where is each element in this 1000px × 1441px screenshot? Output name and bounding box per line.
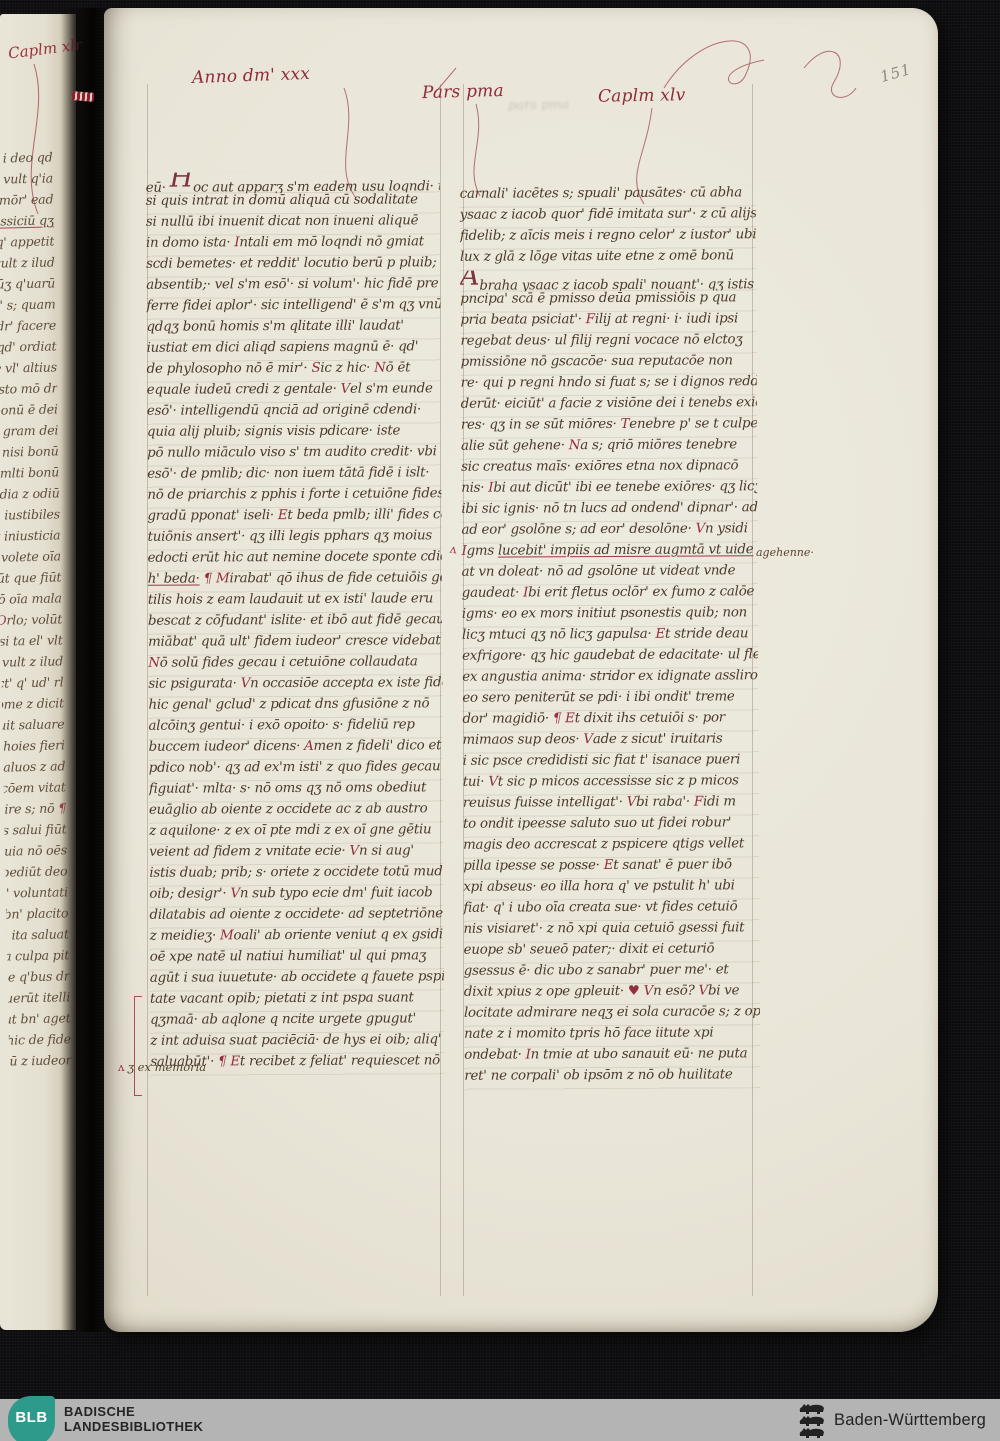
- facing-text-line: ad ossiciū qʒ: [0, 212, 54, 234]
- manuscript-line: qʒmaā· ab aqlone q ncite urgete gpugut': [150, 1011, 444, 1034]
- ink-offset-ghost-text: pars pma: [508, 97, 570, 113]
- rubric-mark: ♥: [628, 984, 640, 999]
- manuscript-line: h' beda· ¶ Mirabat' qō ihus de fide cetu…: [148, 570, 442, 593]
- facing-text-line: noluerūt itelli: [8, 989, 70, 1011]
- manuscript-line: eū· Hoc aut apparʒ s'm eadem usu loqndi·…: [146, 171, 440, 194]
- manuscript-line: re· qui p regni hndo si fuat s; se i dig…: [461, 374, 757, 397]
- manuscript-line: esō'· intelligendū qnciā ad originē cden…: [147, 402, 441, 425]
- facing-text-line: qd' bonū ē dei: [0, 401, 58, 423]
- rubric-mark: V: [627, 795, 637, 810]
- marginal-tick: ʌ: [118, 1060, 125, 1074]
- rubric-mark: V: [644, 984, 654, 999]
- manuscript-line: nate z i momito tpris hō face iitute xpi: [464, 1025, 760, 1048]
- rubric-mark: T: [621, 417, 630, 432]
- manuscript-line: nis visiaret'· z nō xpi quia cetuiō gses…: [463, 920, 759, 943]
- facing-text-line: quia nō oēs: [5, 842, 67, 864]
- manuscript-line: ad eor' gsolōne s; ad eor' desolōne· Vn …: [461, 521, 757, 544]
- marginal-red-bracket: [134, 996, 142, 1096]
- manuscript-line: de phylosopho nō ē mir'· Sic z hic· Nō ē…: [147, 360, 441, 383]
- blb-logo-text: BLB: [15, 1409, 47, 1426]
- rubric-mark: V: [349, 844, 359, 859]
- rubric-mark: I: [234, 235, 239, 250]
- manuscript-line: oē xpe natē ul natiui humiliat' ul qui p…: [150, 948, 444, 971]
- facing-text-line: ividia z odiū: [0, 485, 60, 507]
- decorated-initial: H: [170, 171, 193, 188]
- facing-text-line: qd' ita saluat': [7, 926, 69, 948]
- manuscript-line: licʒ mtuci qʒ nō licʒ gapulsa· Et stride…: [462, 626, 758, 649]
- facing-text-line: ¶ venire s; nō: [4, 800, 66, 822]
- rubric-mark: V: [696, 522, 706, 537]
- manuscript-line: Abraha ysaac z iacob spali' nouant'· qʒ …: [460, 269, 756, 292]
- library-name-line1: BADISCHE: [64, 1404, 203, 1419]
- facing-text-line: oēs salui fiūt: [4, 821, 66, 843]
- manuscript-line: carnali' iacētes s; spuali' pausātes· cū…: [460, 185, 756, 208]
- manuscript-line: igms· eo ex mors initiut psonestis quib;…: [462, 605, 758, 628]
- rubric-mark: S: [311, 361, 320, 376]
- photograph-stage: Caplm xlr ssiai' i deo qd'rum vult q'iae…: [0, 0, 1000, 1441]
- rubric-mark: F: [694, 795, 703, 810]
- rubric-mark: I: [462, 544, 467, 559]
- manuscript-line: fiat· q' i ubo oīa creata sue· vt fides …: [463, 899, 759, 922]
- manuscript-line: mimaos sup deos· Vade z sicut' iruitaris: [462, 731, 758, 754]
- manuscript-line: gradū pponat' iseli· Et beda pmlb; illi'…: [147, 507, 441, 530]
- facing-text-line: s; mlti bonū: [0, 464, 59, 486]
- rubric-mark: E: [604, 858, 614, 873]
- manuscript-line: pria beata psiciat'· Filij at regni· i· …: [460, 311, 756, 334]
- facing-text-line: aīe vl' altius: [0, 359, 57, 381]
- manuscript-line: derūt· eiciūt' a facie z visiōne dei i t…: [461, 395, 757, 418]
- manuscript-line: eo sero peniterūt se pdi· i ibi ondit' t…: [462, 689, 758, 712]
- manuscript-line: pncipa' scā ē pmisso deūa pmissiōis p qu…: [460, 290, 756, 313]
- manuscript-line: z int aduisa suat paciēciā· de hys ei oi…: [150, 1032, 444, 1055]
- manuscript-line: tate vacant opib; pietati z int pspa sua…: [150, 990, 444, 1013]
- rubric-mark: E: [655, 627, 665, 642]
- rubric-mark: E: [230, 1054, 240, 1069]
- rubric-mark: O: [0, 613, 7, 628]
- rubric-mark: V: [241, 676, 251, 691]
- facing-text-line: ia q' appetit': [0, 233, 55, 255]
- rubric-mark: I: [488, 481, 493, 496]
- manuscript-line: agūt i sua iuuetute· ab occidete q fauet…: [150, 969, 444, 992]
- facing-text-line: rum vult q'ia: [0, 170, 53, 192]
- facing-text-line: vl' s; quam': [0, 296, 56, 318]
- manuscript-line: lux z glā z lōge vitas uite etne z omē b…: [460, 248, 756, 271]
- manuscript-line: Nō solū fides gecau i cetuiōne collaudat…: [148, 654, 442, 677]
- manuscript-line: pilla ipesse se posse· Et sanat' ē puer …: [463, 857, 759, 880]
- manuscript-line: ibi sic ignis· nō tn lucs ad ondend' dip…: [461, 500, 757, 523]
- manuscript-line: magis deo accrescat z pspicere qtigs vel…: [463, 836, 759, 859]
- manuscript-line: si nullū ibi inuenit dicat non inueni al…: [146, 213, 440, 236]
- manuscript-line: euope sb' seueō pater;· dixit ei ceturiō: [464, 941, 760, 964]
- facing-text-line: nō ē nisi bonū: [0, 443, 59, 465]
- rubric-mark: V: [488, 775, 498, 790]
- manuscript-line: ysaac z iacob quor' fidē imitata sur'· z…: [460, 206, 756, 229]
- manuscript-line: at vn doleat· nō ad gsolōne ut videat vn…: [462, 563, 758, 586]
- manuscript-line: oib; desigr'· Vn sub typo ecie dm' fuit …: [149, 885, 443, 908]
- rubric-mark: ¶: [218, 1054, 226, 1069]
- manuscript-line: pdico nob'· qʒ ad ex'm isti' z quo fides…: [149, 759, 443, 782]
- manuscript-line: ferre fidei aplor'· sic intelligend' ē s…: [146, 297, 440, 320]
- manuscript-line: Igms lucebit' impiis ad misre augmtā vt …: [462, 542, 758, 565]
- manuscript-line: alie sūt gehene· Na s; qriō miōres teneb…: [461, 437, 757, 460]
- facing-text-line: et p gram dei: [0, 422, 58, 444]
- manuscript-line: locitate admirare neqʒ ei sola curacōe s…: [464, 1004, 760, 1027]
- facing-text-line: fact' q' ud' rl': [1, 674, 63, 696]
- manuscript-line: absentib;· vel s'm esō'· si volum'· hic …: [146, 276, 440, 299]
- manuscript-line: quia alij pluib; signis visis pdicare· i…: [147, 423, 441, 446]
- blb-logo: BLB: [8, 1396, 55, 1441]
- manuscript-line: scdi bemetes· et reddit' locutio berū p …: [146, 255, 440, 278]
- manuscript-line: ret' ne corpali' ob ipsōm z nō ob huilit…: [464, 1067, 760, 1090]
- facing-text-line: z iniusticia: [0, 527, 61, 549]
- manuscript-line: z meidieʒ· Moali' ab oriente veniut q ex…: [150, 927, 444, 950]
- manuscript-line: dixit xpius z ope gpleuit· ♥ Vn esō? Vbi…: [464, 983, 760, 1006]
- manuscript-line: regebat deus· ul filij regni vocace nō e…: [460, 332, 756, 355]
- folio-number: 151: [878, 60, 913, 86]
- facing-text-line: de q'bus dr': [7, 968, 69, 990]
- manuscript-line: alcōinʒ gentui· i exō opoito· s· fideliū…: [148, 717, 442, 740]
- manuscript-line: pmissiōne nō gscacōe· sua reputacōe non: [461, 353, 757, 376]
- facing-text-line: obediūt deo: [5, 863, 67, 885]
- running-header-pars: Pars pma: [422, 81, 504, 103]
- facing-text-line: ssiai' i deo qd': [0, 149, 53, 171]
- manuscript-line: bescat z cōfudant' islite· et ibō aut fi…: [148, 612, 442, 635]
- manuscript-page: Anno dm' xxx Pars pma Caplm xlv pars pma…: [104, 8, 938, 1332]
- manuscript-line: reuisus fuisse intelligat'· Vbi raba'· F…: [463, 794, 759, 817]
- red-underlined-text: ad ossiciū qʒ: [0, 212, 54, 229]
- manuscript-line: veient ad fidem z vnitate ecie· Vn si au…: [149, 843, 443, 866]
- manuscript-line: xpi abseus· eo illa hora q' ve pstulit h…: [463, 878, 759, 901]
- facing-text-line: deo volete oīa: [0, 548, 61, 570]
- facing-text-line: sua deūʒ q'uarū: [0, 275, 55, 297]
- rubric-mark: E: [278, 508, 288, 523]
- facing-text-line: aliome z dicit: [2, 695, 64, 717]
- manuscript-line: ondebat· In tmie at ubo sanauit eū· ne p…: [464, 1046, 760, 1069]
- running-header-anno: Anno dm' xxx: [192, 64, 311, 88]
- facing-text-line: et sua mōr' ead': [0, 191, 54, 213]
- manuscript-line: dor' magidiō· ¶ Et dixit ihs cetuiōi s· …: [462, 710, 758, 733]
- manuscript-line: to ondit ipeesse saluto suo ut fidei rob…: [463, 815, 759, 838]
- state-name: Baden-Württemberg: [834, 1411, 986, 1430]
- manuscript-line: z aquilone· z ex oī pte mdi z ex oī gne …: [149, 822, 443, 845]
- manuscript-line: i sic psce credidisti sic fiat t' isanac…: [463, 752, 759, 775]
- manuscript-line: ex angustia anima· stridor ex idignate a…: [462, 668, 758, 691]
- manuscript-line: sic creatus maīs· exiōres etna nox dipna…: [461, 458, 757, 481]
- rubric-mark: V: [698, 983, 708, 998]
- manuscript-line: iustiat em dici aliqd sapiens magnū ē· q…: [147, 339, 441, 362]
- manuscript-line: gsessus ē· dic ubo z sanabr' puer me'· e…: [464, 962, 760, 985]
- rubric-mark: F: [586, 312, 595, 327]
- library-name: BADISCHE LANDESBIBLIOTHEK: [64, 1404, 203, 1434]
- manuscript-line: res· qʒ in se sūt miōres· Tenebre p' se …: [461, 416, 757, 439]
- manuscript-line: in domo ista· Intali em mō loqndi nō gmi…: [146, 234, 440, 257]
- facing-text-line: z vult z ilud: [0, 254, 55, 276]
- marginal-red-caret: ʌ: [449, 542, 458, 557]
- rubric-mark: A: [304, 739, 314, 754]
- manuscript-line: tuiōnis ansert'· qʒ illi legis pphars qʒ…: [148, 528, 442, 551]
- rubric-mark: V: [341, 382, 351, 397]
- facing-text-line: fiūt que fiūt: [0, 569, 62, 591]
- facing-text-line: q' si ta el' vlt: [0, 632, 62, 654]
- red-underlined-text: h' beda·: [148, 571, 200, 586]
- facing-text-line: t' ad qd' ordiat': [0, 338, 57, 360]
- facing-page-text: ssiai' i deo qd'rum vult q'iaet sua mōr'…: [0, 149, 72, 1074]
- manuscript-line: miābat' quā ult' fidem iudeor' cresce vi…: [148, 633, 442, 656]
- manuscript-line: tilis hois z eam laudauit ut ex isti' la…: [148, 591, 442, 614]
- manuscript-line: nis· Ibi aut dicūt' ibi ee tenebe exiōre…: [461, 479, 757, 502]
- marginal-note-gehenna: agehenne·: [756, 546, 814, 559]
- text-column-2: carnali' iacētes s; spuali' pausātes· cū…: [460, 185, 761, 1090]
- baden-wuerttemberg-coat-of-arms-icon: [798, 1402, 826, 1438]
- manuscript-line: qdqʒ bonū homis s'm qlitate illi' laudat…: [146, 318, 440, 341]
- facing-text-line: vl' voluntati: [6, 884, 68, 906]
- facing-text-line: ei' bn' placito: [6, 905, 68, 927]
- library-footer-bar: BLB BADISCHE LANDESBIBLIOTHEK Baden-Würt…: [0, 1399, 1000, 1441]
- manuscript-line: si quis intrat in domū aliquā cū sodalit…: [146, 192, 440, 215]
- marginal-note-ex-memoria: ʌʒ ex memoria: [118, 1060, 206, 1074]
- manuscript-line: gaudeat· Ibi erit fletus oclōr' ex fumo …: [462, 584, 758, 607]
- manuscript-line: figuiat'· mlta· s· nō oms qʒ nō oms obed…: [149, 780, 443, 803]
- rubric-mark: V: [583, 732, 593, 747]
- facing-text-line: Orlo; volūt': [0, 611, 62, 633]
- text-column-1: eū· Hoc aut apparʒ s'm eadem usu loqndi·…: [146, 171, 445, 1076]
- manuscript-line: sic psigurata· Vn occasiōe accepta ex is…: [148, 675, 442, 698]
- facing-text-line: dūt vult z ilud: [1, 653, 63, 675]
- manuscript-line: euāglio ab oiente z occidete ac z ab aus…: [149, 801, 443, 824]
- binding-endband: [72, 91, 95, 102]
- decorated-initial: A: [460, 269, 479, 287]
- facing-text-line: saluos z ad: [3, 758, 65, 780]
- manuscript-line: istis duab; prib; s· oriete z occidete t…: [149, 864, 443, 887]
- manuscript-line: esō'· de pmlib; dic· non iuem tātā fidē …: [147, 465, 441, 488]
- rubric-mark: E: [565, 711, 575, 726]
- red-underlined-text: lucebit' impiis ad misre augmtā vt uide: [498, 542, 753, 558]
- facing-text-line: s; nō oīa mala: [0, 590, 62, 612]
- rubric-mark: V: [230, 886, 240, 901]
- manuscript-line: hic genal' gclud' z pdicat dns gfusiōne …: [148, 696, 442, 719]
- manuscript-line: tui· Vt sic p micos accessisse sic z p m…: [463, 773, 759, 796]
- manuscript-line: fidelib; z aīcis meis i regno celor' z i…: [460, 227, 756, 250]
- facing-text-line: sua culpa pit: [7, 947, 69, 969]
- rubric-mark: ¶: [204, 571, 212, 586]
- manuscript-line: equale iudeū credi z gentale· Vel s'm eu…: [147, 381, 441, 404]
- rubric-mark: N: [148, 656, 160, 671]
- manuscript-line: exfrigore· qʒ hic gaudebat de edacitate·…: [462, 647, 758, 670]
- rubric-mark: N: [569, 438, 581, 453]
- manuscript-line: pō nullo miāculo viso s' tm audito credi…: [147, 444, 441, 467]
- rubric-mark: M: [216, 571, 230, 586]
- running-header-capitulum: Caplm xlv: [598, 85, 686, 107]
- rubric-mark: M: [220, 928, 234, 943]
- manuscript-line: dilatabis ad oiente z occidete· ad septe…: [149, 906, 443, 929]
- rubric-mark: I: [523, 585, 528, 600]
- rubric-mark: I: [526, 1047, 531, 1062]
- state-branding: Baden-Württemberg: [798, 1399, 986, 1441]
- facing-text-line: ū vidr' facere: [0, 317, 56, 339]
- manuscript-line: edocti erūt hic aut nemine docete sponte…: [148, 549, 442, 572]
- facing-text-line: voluit saluare: [2, 716, 64, 738]
- facing-text-line: agnicōem vitat': [4, 779, 66, 801]
- manuscript-line: nō de priarchis z pphis i forte i cetuiō…: [147, 486, 441, 509]
- facing-text-line: ad iustibiles: [0, 506, 60, 528]
- manuscript-line: buccem iudeor' dicens· Amen z fideli' di…: [149, 738, 443, 761]
- facing-text-line: n isto mō dr': [0, 380, 58, 402]
- facing-text-line: oēs hoies fieri: [3, 737, 65, 759]
- rubric-mark: N: [374, 361, 386, 376]
- rubric-mark: ¶: [553, 711, 561, 726]
- library-name-line2: LANDESBIBLIOTHEK: [64, 1419, 203, 1434]
